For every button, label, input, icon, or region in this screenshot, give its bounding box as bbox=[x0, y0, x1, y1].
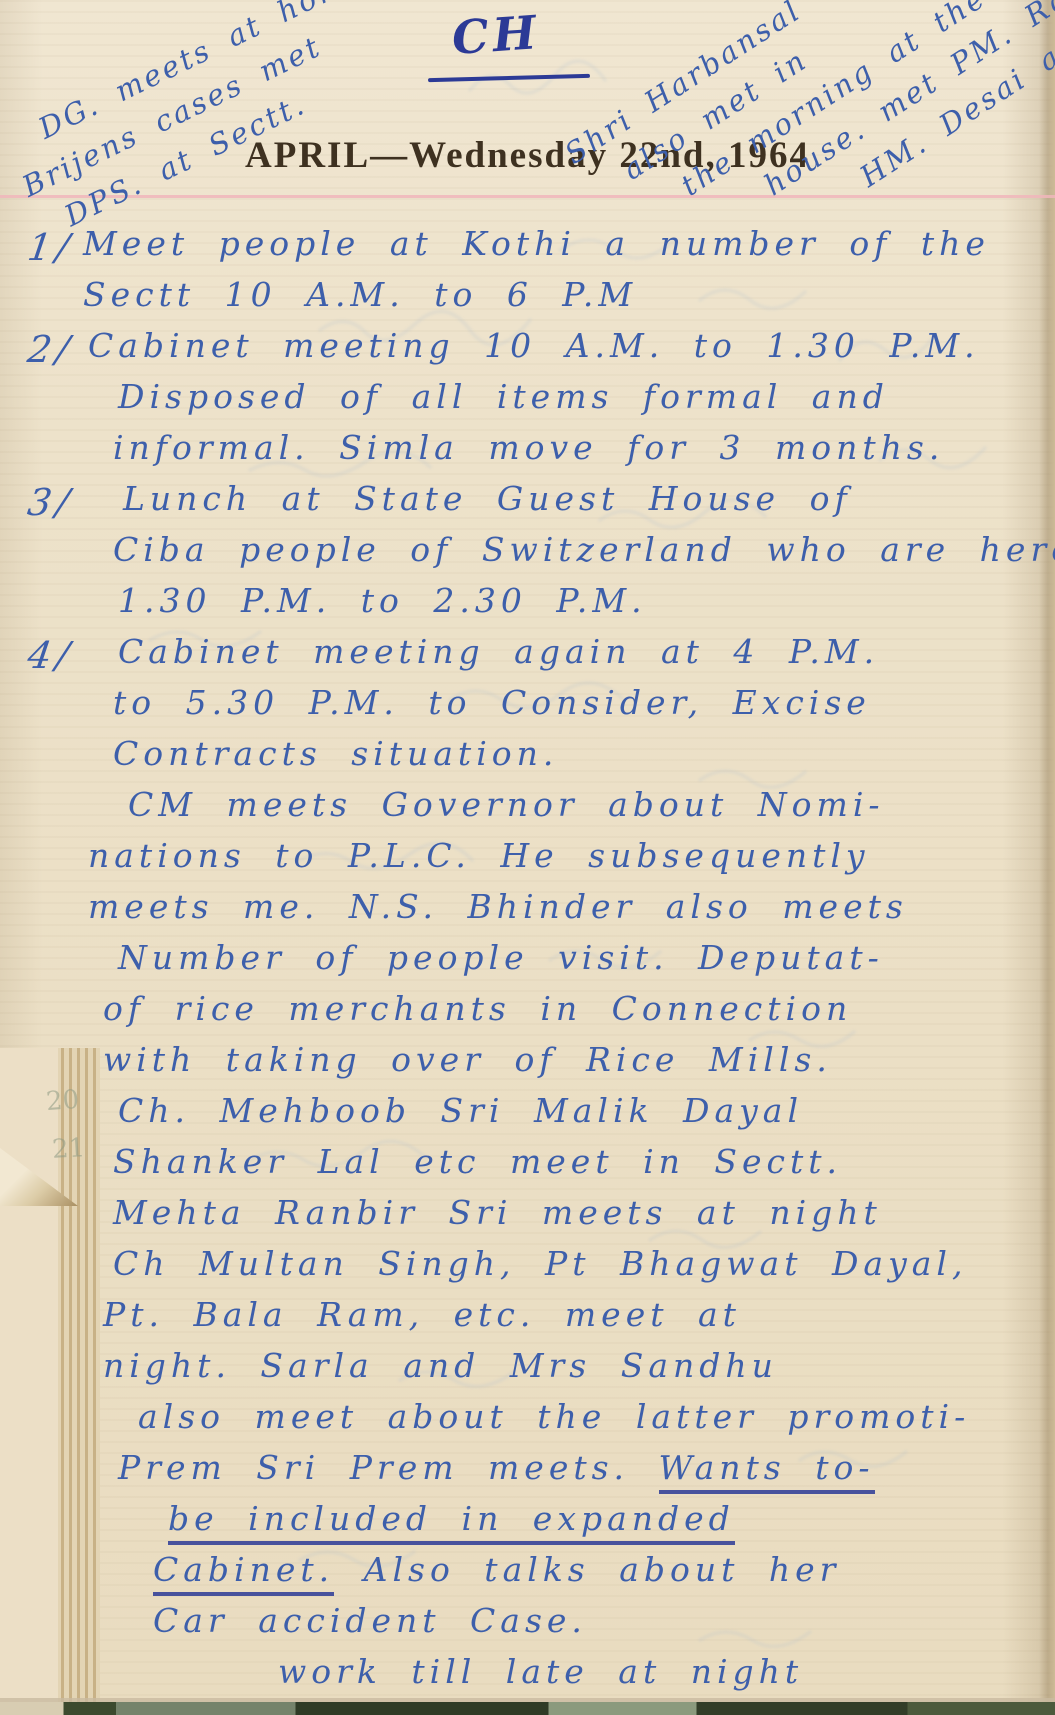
diary-text: nations to P.L.C. He subsequently bbox=[88, 836, 870, 875]
underlined-phrase: Cabinet. bbox=[153, 1550, 334, 1596]
diary-text: Also talks about her bbox=[334, 1550, 840, 1589]
book-bottom-edge bbox=[0, 1702, 1055, 1715]
diary-line: Ciba people of Switzerland who are here. bbox=[28, 530, 1040, 581]
diary-text: Ciba people of Switzerland who are here. bbox=[113, 530, 1055, 569]
diary-text: Meet people at Kothi a number of the bbox=[83, 224, 990, 263]
page-gutter-shadow bbox=[1039, 0, 1055, 1715]
underlined-phrase: Wants to- bbox=[659, 1448, 875, 1494]
underlined-phrase: be included in expanded bbox=[168, 1499, 735, 1545]
diary-line: 4/Cabinet meeting again at 4 P.M. bbox=[28, 632, 1040, 683]
diary-text: to 5.30 P.M. to Consider, Excise bbox=[113, 683, 871, 722]
line-number-marker: 3/ bbox=[25, 481, 77, 524]
diary-line: Prem Sri Prem meets. Wants to- bbox=[28, 1448, 1040, 1499]
diary-line: to 5.30 P.M. to Consider, Excise bbox=[28, 683, 1040, 734]
diary-line: 2/Cabinet meeting 10 A.M. to 1.30 P.M. bbox=[28, 326, 1040, 377]
diary-text: Cabinet meeting 10 A.M. to 1.30 P.M. bbox=[88, 326, 980, 365]
ch-heading-mark: CH bbox=[450, 5, 542, 65]
diary-line: Cabinet. Also talks about her bbox=[28, 1550, 1040, 1601]
diary-line: night. Sarla and Mrs Sandhu bbox=[28, 1346, 1040, 1397]
diary-line: work till late at night bbox=[28, 1652, 1040, 1703]
diary-line: with taking over of Rice Mills. bbox=[28, 1040, 1040, 1091]
diary-line: CM meets Governor about Nomi- bbox=[28, 785, 1040, 836]
diary-line: Sectt 10 A.M. to 6 P.M bbox=[28, 275, 1040, 326]
diary-text: Prem Sri Prem meets. bbox=[118, 1448, 659, 1487]
diary-text: Contracts situation. bbox=[113, 734, 558, 773]
diary-text: Shanker Lal etc meet in Sectt. bbox=[113, 1142, 842, 1181]
diary-text: Ch. Mehboob Sri Malik Dayal bbox=[118, 1091, 803, 1130]
diary-line: of rice merchants in Connection bbox=[28, 989, 1040, 1040]
diary-line: Ch Multan Singh, Pt Bhagwat Dayal, bbox=[28, 1244, 1040, 1295]
diary-text: Number of people visit. Deputat- bbox=[118, 938, 884, 977]
line-number-marker: 4/ bbox=[25, 634, 77, 677]
diary-text: Car accident Case. bbox=[153, 1601, 587, 1640]
diary-text: meets me. N.S. Bhinder also meets bbox=[88, 887, 908, 926]
diary-page: 20 21 APRIL—Wednesday 22nd, 1964 CH DG. … bbox=[0, 0, 1055, 1715]
diary-text: also meet about the latter promoti- bbox=[138, 1397, 970, 1436]
diary-line: nations to P.L.C. He subsequently bbox=[28, 836, 1040, 887]
diary-line: Car accident Case. bbox=[28, 1601, 1040, 1652]
diary-text: informal. Simla move for 3 months. bbox=[113, 428, 944, 467]
diary-line: Contracts situation. bbox=[28, 734, 1040, 785]
diary-line: 1/Meet people at Kothi a number of the bbox=[28, 224, 1040, 275]
diary-text: Pt. Bala Ram, etc. meet at bbox=[103, 1295, 741, 1334]
diary-line: 1.30 P.M. to 2.30 P.M. bbox=[28, 581, 1040, 632]
diary-text: with taking over of Rice Mills. bbox=[103, 1040, 832, 1079]
diary-text: Sectt 10 A.M. to 6 P.M bbox=[83, 275, 637, 314]
diary-text: Disposed of all items formal and bbox=[118, 377, 889, 416]
diary-text: 1.30 P.M. to 2.30 P.M. bbox=[118, 581, 647, 620]
diary-text: CM meets Governor about Nomi- bbox=[128, 785, 885, 824]
line-number-marker: 1/ bbox=[25, 226, 77, 269]
diary-text: Mehta Ranbir Sri meets at night bbox=[113, 1193, 882, 1232]
diary-line: also meet about the latter promoti- bbox=[28, 1397, 1040, 1448]
line-number-marker: 2/ bbox=[25, 328, 77, 371]
diary-line: informal. Simla move for 3 months. bbox=[28, 428, 1040, 479]
diary-line: 3/Lunch at State Guest House of bbox=[28, 479, 1040, 530]
diary-body: 1/Meet people at Kothi a number of theSe… bbox=[28, 224, 1040, 1703]
diary-text: Lunch at State Guest House of bbox=[123, 479, 852, 518]
diary-line: Ch. Mehboob Sri Malik Dayal bbox=[28, 1091, 1040, 1142]
diary-line: Disposed of all items formal and bbox=[28, 377, 1040, 428]
diary-line: Shanker Lal etc meet in Sectt. bbox=[28, 1142, 1040, 1193]
diary-line: be included in expanded bbox=[28, 1499, 1040, 1550]
diary-text: Cabinet meeting again at 4 P.M. bbox=[118, 632, 879, 671]
diary-text: work till late at night bbox=[278, 1652, 803, 1691]
diary-line: Number of people visit. Deputat- bbox=[28, 938, 1040, 989]
diary-line: meets me. N.S. Bhinder also meets bbox=[28, 887, 1040, 938]
diary-line: Mehta Ranbir Sri meets at night bbox=[28, 1193, 1040, 1244]
diary-text: Ch Multan Singh, Pt Bhagwat Dayal, bbox=[113, 1244, 967, 1283]
diary-text: of rice merchants in Connection bbox=[103, 989, 852, 1028]
diary-text: night. Sarla and Mrs Sandhu bbox=[103, 1346, 778, 1385]
diary-line: Pt. Bala Ram, etc. meet at bbox=[28, 1295, 1040, 1346]
